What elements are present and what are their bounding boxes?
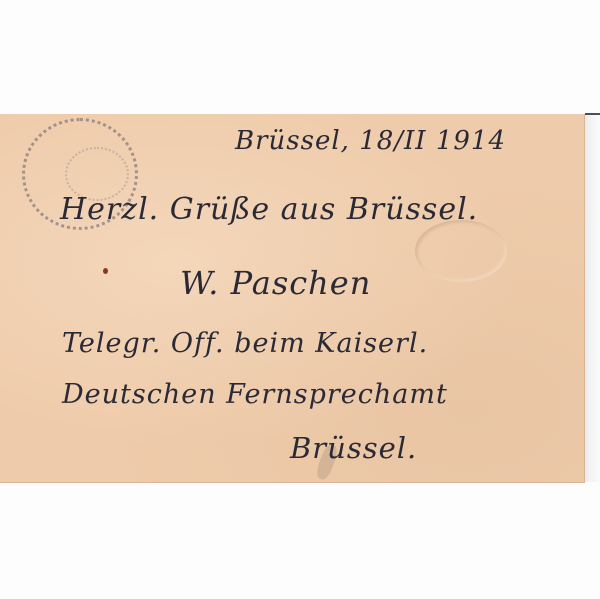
- postcard: Brüssel, 18/II 1914 Herzl. Grüße aus Brü…: [0, 114, 585, 483]
- ink-stain: [103, 268, 108, 274]
- scan-background: Brüssel, 18/II 1914 Herzl. Grüße aus Brü…: [0, 0, 600, 599]
- position-line: Telegr. Off. beim Kaiserl.: [62, 328, 428, 359]
- scanner-edge: [585, 113, 600, 115]
- date-line: Brüssel, 18/II 1914: [235, 126, 506, 156]
- greeting-line: Herzl. Grüße aus Brüssel.: [60, 192, 478, 227]
- place-line: Brüssel.: [290, 431, 417, 465]
- scan-margin: [585, 114, 600, 482]
- office-line: Deutschen Fernsprechamt: [62, 379, 448, 410]
- signature: W. Paschen: [180, 264, 371, 302]
- embossed-seal: [415, 220, 507, 282]
